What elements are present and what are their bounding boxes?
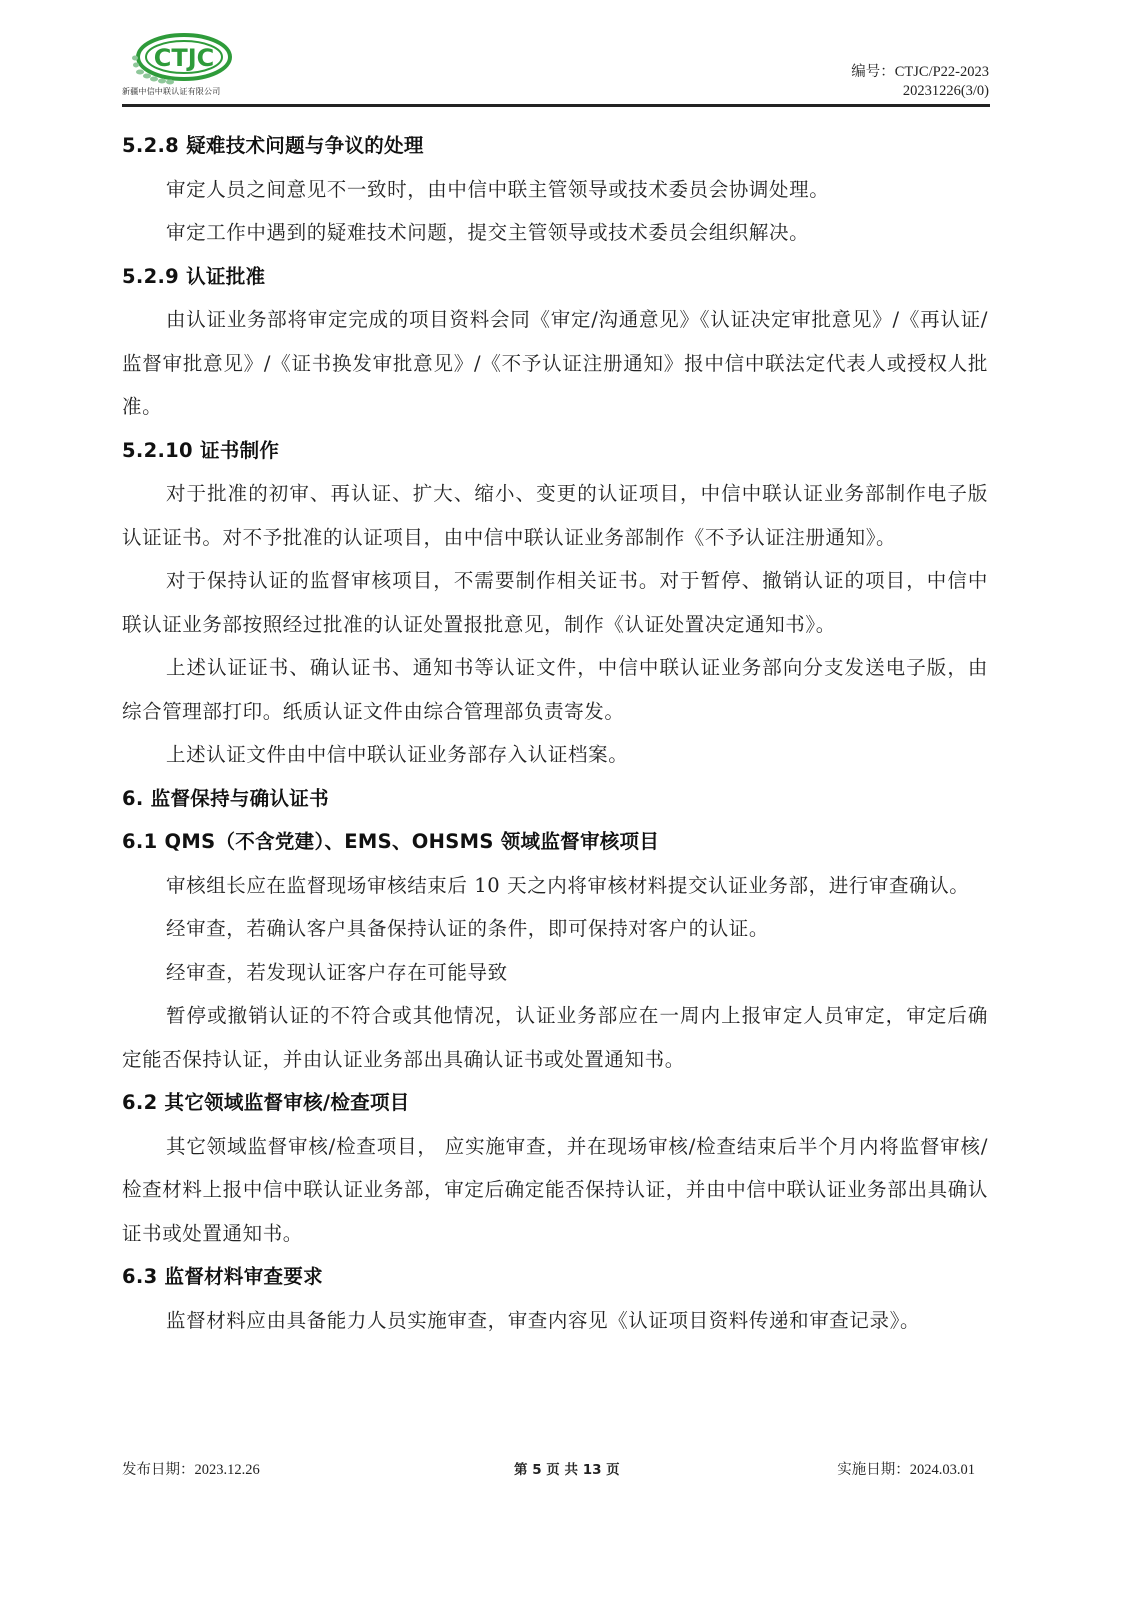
paragraph: 监督材料应由具备能力人员实施审查，审查内容见《认证项目资料传递和审查记录》。: [122, 1299, 988, 1343]
section-heading-5-2-9: 5.2.9 认证批准: [122, 255, 988, 299]
header-divider: [122, 104, 990, 107]
paragraph: 经审查，若确认客户具备保持认证的条件，即可保持对客户的认证。: [122, 907, 988, 951]
document-body: 5.2.8 疑难技术问题与争议的处理 审定人员之间意见不一致时，由中信中联主管领…: [122, 124, 988, 1342]
section-heading-6-1: 6.1 QMS（不含党建）、EMS、OHSMS 领域监督审核项目: [122, 820, 988, 864]
publish-date: 发布日期：2023.12.26: [122, 1458, 260, 1479]
paragraph: 其它领域监督审核/检查项目， 应实施审查，并在现场审核/检查结束后半个月内将监督…: [122, 1125, 988, 1256]
document-version: 20231226(3/0): [851, 82, 989, 101]
page-footer: 发布日期：2023.12.26 第 5 页 共 13 页 实施日期：2024.0…: [122, 1458, 975, 1482]
section-heading-5-2-8: 5.2.8 疑难技术问题与争议的处理: [122, 124, 988, 168]
company-name: 新疆中信中联认证有限公司: [122, 86, 220, 97]
paragraph: 审核组长应在监督现场审核结束后 10 天之内将审核材料提交认证业务部，进行审查确…: [122, 864, 988, 908]
paragraph: 经审查，若发现认证客户存在可能导致: [122, 951, 988, 995]
ctjc-logo-icon: CTJC: [126, 30, 236, 88]
paragraph: 上述认证证书、确认证书、通知书等认证文件，中信中联认证业务部向分支发送电子版，由…: [122, 646, 988, 733]
paragraph: 由认证业务部将审定完成的项目资料会同《审定/沟通意见》《认证决定审批意见》/《再…: [122, 298, 988, 429]
document-number: 编号：CTJC/P22-2023: [851, 63, 989, 82]
page-number: 第 5 页 共 13 页: [514, 1458, 620, 1478]
paragraph: 对于保持认证的监督审核项目，不需要制作相关证书。对于暂停、撤销认证的项目，中信中…: [122, 559, 988, 646]
paragraph: 上述认证文件由中信中联认证业务部存入认证档案。: [122, 733, 988, 777]
section-heading-6-2: 6.2 其它领域监督审核/检查项目: [122, 1081, 988, 1125]
effective-date: 实施日期：2024.03.01: [837, 1458, 975, 1479]
paragraph: 审定人员之间意见不一致时，由中信中联主管领导或技术委员会协调处理。: [122, 168, 988, 212]
document-id-block: 编号：CTJC/P22-2023 20231226(3/0): [851, 63, 989, 101]
paragraph: 对于批准的初审、再认证、扩大、缩小、变更的认证项目，中信中联认证业务部制作电子版…: [122, 472, 988, 559]
paragraph: 审定工作中遇到的疑难技术问题，提交主管领导或技术委员会组织解决。: [122, 211, 988, 255]
section-heading-6-3: 6.3 监督材料审查要求: [122, 1255, 988, 1299]
paragraph: 暂停或撤销认证的不符合或其他情况，认证业务部应在一周内上报审定人员审定，审定后确…: [122, 994, 988, 1081]
section-heading-5-2-10: 5.2.10 证书制作: [122, 429, 988, 473]
section-heading-6: 6. 监督保持与确认证书: [122, 777, 988, 821]
svg-text:CTJC: CTJC: [154, 44, 215, 72]
document-page: CTJC 新疆中信中联认证有限公司 编号：CTJC/P22-2023 20231…: [0, 0, 1131, 1600]
